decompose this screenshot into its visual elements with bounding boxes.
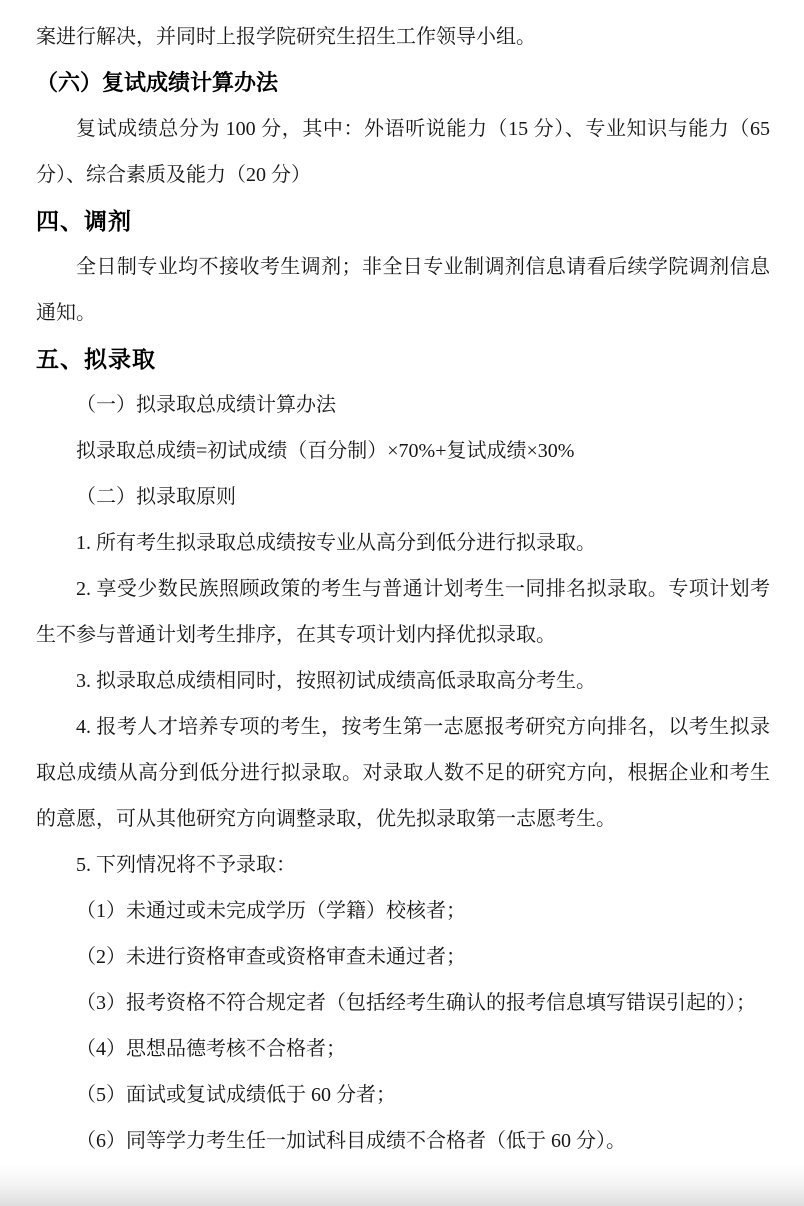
paragraph-rule-1: 1. 所有考生拟录取总成绩按专业从高分到低分进行拟录取。 [36,520,770,566]
paragraph-sub-1-title: （一）拟录取总成绩计算办法 [36,382,770,428]
paragraph-continuation: 案进行解决，并同时上报学院研究生招生工作领导小组。 [36,14,770,60]
paragraph-score-formula: 拟录取总成绩=初试成绩（百分制）×70%+复试成绩×30% [36,428,770,474]
paragraph-rule-4: 4. 报考人才培养专项的考生，按考生第一志愿报考研究方向排名，以考生拟录取总成绩… [36,704,770,842]
document-page: 案进行解决，并同时上报学院研究生招生工作领导小组。（六）复试成绩计算办法复试成绩… [0,0,804,1206]
paragraph-reject-item-1: （1）未通过或未完成学历（学籍）校核者； [36,888,770,934]
paragraph-rule-2: 2. 享受少数民族照顾政策的考生与普通计划考生一同排名拟录取。专项计划考生不参与… [36,566,770,658]
heading-chapter-5-admission: 五、拟录取 [36,336,770,382]
paragraph-reject-item-3: （3）报考资格不符合规定者（包括经考生确认的报考信息填写错误引起的）； [36,980,770,1026]
paragraph-sub-2-title: （二）拟录取原则 [36,474,770,520]
document-body: 案进行解决，并同时上报学院研究生招生工作领导小组。（六）复试成绩计算办法复试成绩… [0,0,804,1164]
paragraph-adjustment: 全日制专业均不接收考生调剂；非全日专业制调剂信息请看后续学院调剂信息通知。 [36,244,770,336]
paragraph-retest-score: 复试成绩总分为 100 分，其中：外语听说能力（15 分）、专业知识与能力（65… [36,106,770,198]
paragraph-rule-3: 3. 拟录取总成绩相同时，按照初试成绩高低录取高分考生。 [36,658,770,704]
paragraph-reject-item-2: （2）未进行资格审查或资格审查未通过者； [36,934,770,980]
paragraph-rule-5: 5. 下列情况将不予录取： [36,842,770,888]
paragraph-reject-item-4: （4）思想品德考核不合格者； [36,1026,770,1072]
paragraph-reject-item-5: （5）面试或复试成绩低于 60 分者； [36,1072,770,1118]
heading-chapter-4-adjustment: 四、调剂 [36,198,770,244]
heading-section-6: （六）复试成绩计算办法 [36,60,770,106]
page-bottom-gradient [0,1164,804,1206]
paragraph-reject-item-6: （6）同等学力考生任一加试科目成绩不合格者（低于 60 分）。 [36,1118,770,1164]
